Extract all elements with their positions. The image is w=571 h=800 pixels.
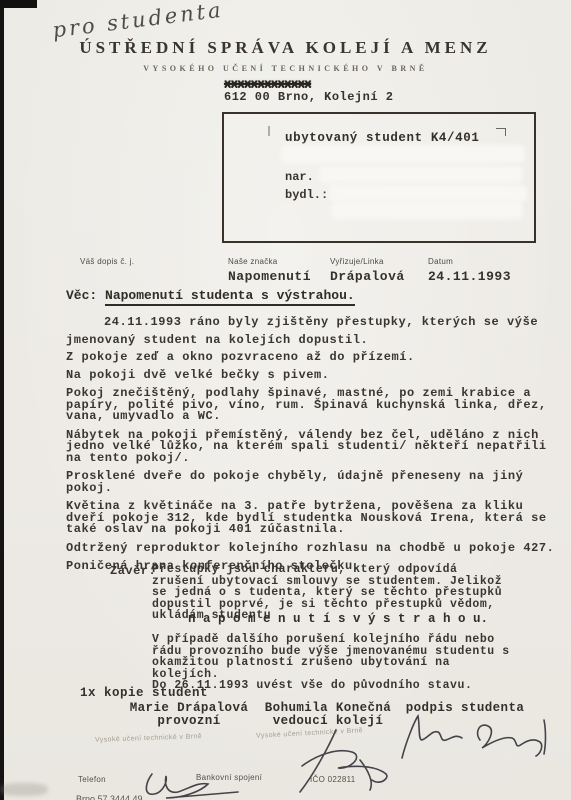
subject-text: Napomenutí studenta s výstrahou. [105, 288, 355, 306]
signatory-2: Bohumila Konečná vedoucí kolejí [262, 702, 394, 728]
scan-smudge [0, 783, 48, 796]
body-paragraph: Z pokoje zeď a okno pozvraceno až do pří… [66, 349, 560, 367]
box-corner-tick-left [268, 126, 270, 136]
body-paragraph: Prosklené dveře do pokoje chyběly, údajn… [66, 471, 560, 494]
body-paragraph: Nábytek na pokoji přemístěný, válendy be… [66, 430, 560, 465]
body-intro: 24.11.1993 ráno byly zjištěny přestupky,… [66, 314, 560, 384]
letterhead-address: 612 00 Brno, Kolejní 2 [224, 90, 393, 104]
ref-label-vas-dopis: Váš dopis č. j. [80, 257, 134, 266]
ref-value-vyrizuje: Drápalová [330, 269, 405, 284]
letterhead-organization: ÚSTŘEDNÍ SPRÁVA KOLEJÍ A MENZ [0, 38, 571, 58]
scan-corner-mark [0, 0, 37, 8]
footer-ico: IČO 022811 [310, 775, 356, 784]
signatory-1: Marie Drápalová provozní [128, 702, 250, 728]
subject-label: Věc: [66, 288, 97, 303]
body-findings: Pokoj znečištěný, podlahy špinavé, mastn… [66, 388, 560, 580]
footer-bank-label: Bankovní spojení [196, 773, 262, 782]
signature-student [388, 710, 556, 766]
redacted-name [284, 148, 522, 160]
residence-label: bydl.: [285, 188, 328, 202]
ref-label-nase-znacka: Naše značka [228, 257, 278, 266]
stamp-text-1: Vysoké učení technické v Brně [95, 733, 202, 744]
footer-telefon-label: Telefon [78, 775, 106, 784]
born-label: nar. [285, 170, 314, 184]
conclusion-warning: V případě dalšího porušení kolejního řád… [152, 634, 510, 680]
scanned-letter-page: pro studenta ÚSTŘEDNÍ SPRÁVA KOLEJÍ A ME… [0, 0, 571, 800]
conclusion-label: Závěr: [110, 564, 156, 578]
redacted-address-1 [332, 188, 524, 199]
ref-label-datum: Datum [428, 257, 453, 266]
redacted-birthdate [322, 169, 520, 180]
letterhead-suborganization: VYSOKÉHO UČENÍ TECHNICKÉHO V BRNĚ [0, 64, 571, 73]
body-paragraph: Na pokoji dvě velké bečky s pivem. [66, 367, 560, 385]
handwritten-annotation: pro studenta [51, 0, 225, 42]
copy-note: 1x kopie student [80, 686, 208, 700]
ref-value-nase-znacka: Napomenutí [228, 269, 311, 284]
scan-edge-strip [0, 0, 4, 800]
redacted-address-2 [334, 205, 520, 216]
body-paragraph: Odtržený reproduktor kolejního rozhlasu … [66, 543, 560, 555]
conclusion-emphasis: n a p o m e n u t í s v ý s t r a h o u. [188, 612, 488, 626]
body-paragraph: Květina z květináče na 3. patře bytržena… [66, 501, 560, 536]
subject-line: Věc: Napomenutí studenta s výstrahou. [66, 288, 355, 303]
body-paragraph: Pokoj znečištěný, podlahy špinavé, mastn… [66, 388, 560, 423]
ref-label-vyrizuje: Vyřizuje/Linka [330, 257, 384, 266]
ref-value-datum: 24.11.1993 [428, 269, 511, 284]
conclusion-continuation: V případě dalšího porušení kolejního řád… [152, 634, 510, 692]
footer-phone-partial: Brno 57 3444 49 [76, 794, 143, 800]
body-paragraph: 24.11.1993 ráno byly zjištěny přestupky,… [66, 314, 560, 349]
struck-out-text: xxxxxxxxxxxxx [224, 77, 311, 91]
recipient-student-line: ubytovaný student K4/401 [285, 131, 479, 145]
box-corner-tick-right [496, 128, 506, 136]
signatory-1-role: provozní [128, 715, 250, 728]
